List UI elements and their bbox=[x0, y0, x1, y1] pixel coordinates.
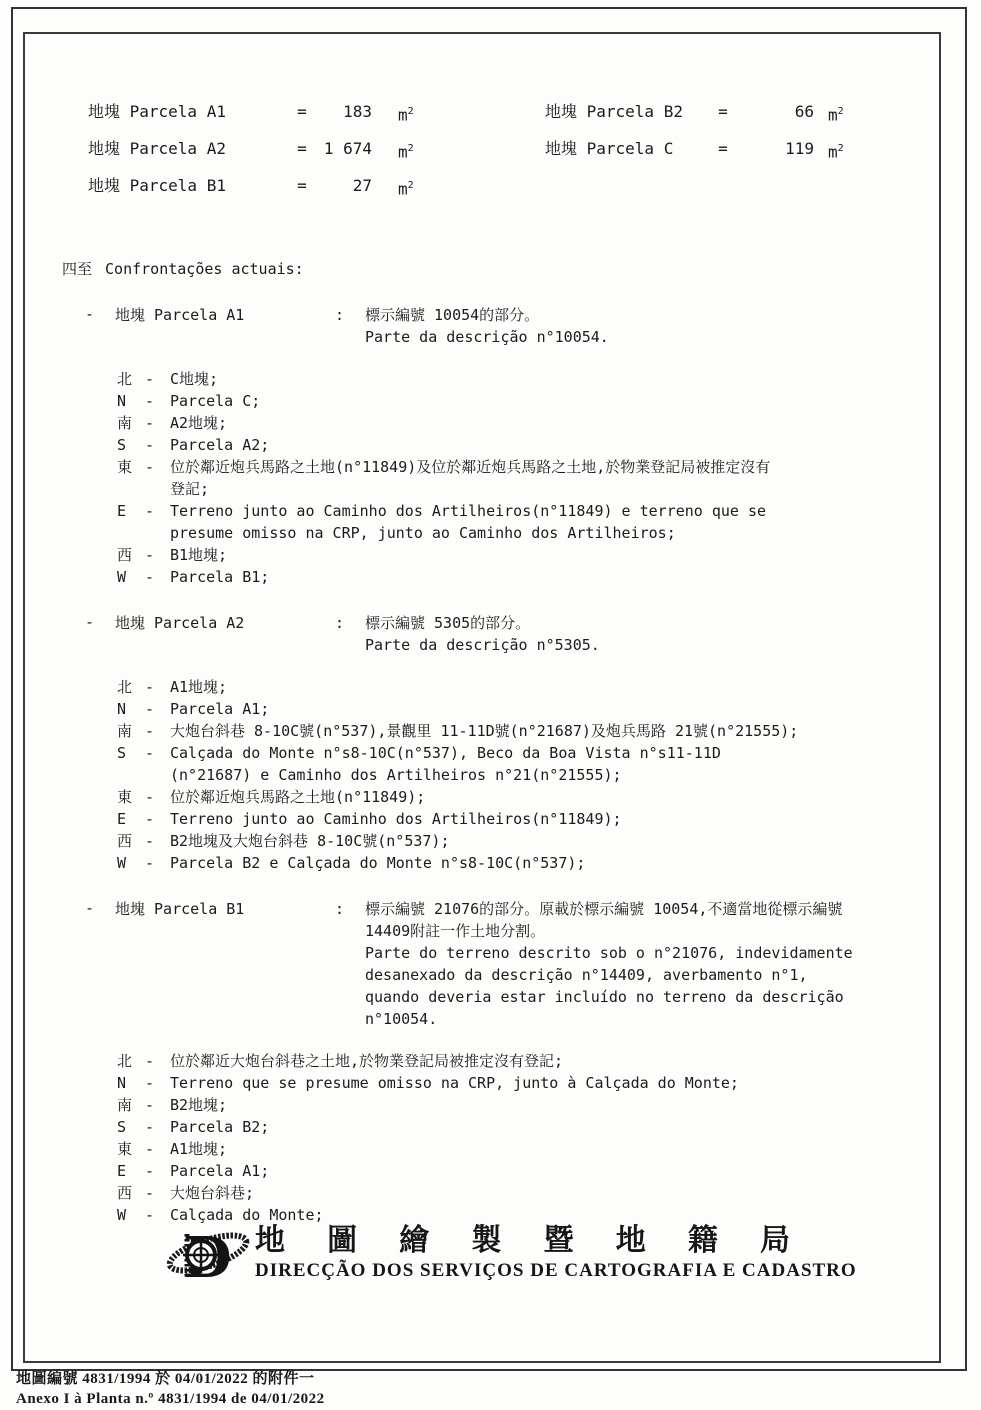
area-summary: 地塊 Parcela A1=183m2地塊 Parcela A2=1 674m2… bbox=[88, 100, 928, 211]
direction-label: S bbox=[117, 742, 145, 764]
direction-row: N-Terreno que se presume omisso na CRP, … bbox=[62, 1072, 928, 1094]
parcel-description: 標示編號 5305的部分。Parte da descrição n°5305. bbox=[365, 612, 928, 656]
direction-line: B2地塊及大炮台斜巷 8-10C號(n°537); bbox=[170, 830, 928, 852]
agency-zh-char: 繪 bbox=[399, 1224, 429, 1258]
area-value: 119 bbox=[741, 137, 814, 161]
direction-line: Terreno junto ao Caminho dos Artilheiros… bbox=[170, 808, 928, 830]
direction-row: N-Parcela C; bbox=[62, 390, 928, 412]
colon: : bbox=[335, 612, 365, 634]
dash: - bbox=[145, 566, 170, 588]
direction-row: 南-大炮台斜巷 8-10C號(n°537),景觀里 11-11D號(n°2168… bbox=[62, 720, 928, 742]
direction-row: W-Parcela B1; bbox=[62, 566, 928, 588]
area-unit-superscript: 2 bbox=[838, 143, 844, 154]
parcel-header: -地塊 Parcela A1:標示編號 10054的部分。Parte da de… bbox=[62, 304, 928, 348]
direction-text: 大炮台斜巷 8-10C號(n°537),景觀里 11-11D號(n°21687)… bbox=[170, 720, 928, 742]
direction-text: Parcela A1; bbox=[170, 1160, 928, 1182]
direction-label: 南 bbox=[117, 720, 145, 742]
direction-text: Parcela C; bbox=[170, 390, 928, 412]
direction-line: Parcela B2; bbox=[170, 1116, 928, 1138]
agency-zh-char: 局 bbox=[760, 1224, 790, 1258]
direction-line: Terreno que se presume omisso na CRP, ju… bbox=[170, 1072, 928, 1094]
agency-name-pt: DIRECÇÃO DOS SERVIÇOS DE CARTOGRAFIA E C… bbox=[255, 1260, 790, 1282]
direction-row: 北-位於鄰近大炮台斜巷之土地,於物業登記局被推定沒有登記; bbox=[62, 1050, 928, 1072]
direction-text: Parcela B2 e Calçada do Monte n°s8-10C(n… bbox=[170, 852, 928, 874]
parcel-block: -地塊 Parcela B1:標示編號 21076的部分。原載於標示編號 100… bbox=[62, 898, 928, 1226]
direction-row: 西-大炮台斜巷; bbox=[62, 1182, 928, 1204]
description-line: quando deveria estar incluído no terreno… bbox=[365, 986, 928, 1008]
dash: - bbox=[145, 544, 170, 566]
direction-line: Parcela B2 e Calçada do Monte n°s8-10C(n… bbox=[170, 852, 928, 874]
direction-label: 西 bbox=[117, 1182, 145, 1204]
direction-label: W bbox=[117, 852, 145, 874]
direction-label: N bbox=[117, 698, 145, 720]
direction-label: W bbox=[117, 566, 145, 588]
description-line: 14409附註一作土地分割。 bbox=[365, 920, 928, 942]
direction-list: 北-位於鄰近大炮台斜巷之土地,於物業登記局被推定沒有登記;N-Terreno q… bbox=[62, 1050, 928, 1226]
parcel-area-label: 地塊 Parcela A2 bbox=[88, 137, 284, 161]
direction-row: E-Terreno junto ao Caminho dos Artilheir… bbox=[62, 500, 928, 544]
direction-text: Calçada do Monte n°s8-10C(n°537), Beco d… bbox=[170, 742, 928, 786]
document-content: 地塊 Parcela A1=183m2地塊 Parcela A2=1 674m2… bbox=[62, 100, 928, 1226]
parcel-area-label: 地塊 Parcela C bbox=[545, 137, 705, 161]
direction-text: Parcela B1; bbox=[170, 566, 928, 588]
agency-name-zh: 地圖繪製暨地籍局 bbox=[255, 1224, 790, 1258]
direction-text: B2地塊; bbox=[170, 1094, 928, 1116]
area-unit-superscript: 2 bbox=[408, 106, 414, 117]
area-row: 地塊 Parcela A2=1 674m2 bbox=[88, 137, 545, 174]
description-line: n°10054. bbox=[365, 1008, 928, 1030]
direction-row: 東-位於鄰近炮兵馬路之土地(n°11849)及位於鄰近炮兵馬路之土地,於物業登記… bbox=[62, 456, 928, 500]
direction-text: C地塊; bbox=[170, 368, 928, 390]
parcel-name: 地塊 Parcela B1 bbox=[115, 898, 335, 920]
direction-line: Calçada do Monte; bbox=[170, 1204, 928, 1226]
area-value: 1 674 bbox=[320, 137, 372, 161]
direction-label: E bbox=[117, 1160, 145, 1182]
direction-label: 北 bbox=[117, 368, 145, 390]
equals-sign: = bbox=[705, 137, 741, 161]
direction-line: 大炮台斜巷; bbox=[170, 1182, 928, 1204]
dash: - bbox=[145, 1072, 170, 1094]
direction-line: Parcela A1; bbox=[170, 1160, 928, 1182]
direction-label: E bbox=[117, 500, 145, 522]
direction-line: Parcela A1; bbox=[170, 698, 928, 720]
parcel-block: -地塊 Parcela A2:標示編號 5305的部分。Parte da des… bbox=[62, 612, 928, 874]
footnote: 地圖編號 4831/1994 於 04/01/2022 的附件一Anexo I … bbox=[16, 1369, 325, 1409]
dash: - bbox=[145, 500, 170, 522]
direction-row: E-Parcela A1; bbox=[62, 1160, 928, 1182]
dash: - bbox=[145, 1138, 170, 1160]
dash: - bbox=[145, 368, 170, 390]
direction-label: S bbox=[117, 1116, 145, 1138]
dash: - bbox=[145, 742, 170, 764]
direction-text: A1地塊; bbox=[170, 1138, 928, 1160]
dash: - bbox=[145, 1160, 170, 1182]
equals-sign: = bbox=[284, 137, 320, 161]
dash: - bbox=[145, 412, 170, 434]
description-line: 標示編號 21076的部分。原載於標示編號 10054,不適當地從標示編號 bbox=[365, 898, 928, 920]
direction-label: W bbox=[117, 1204, 145, 1226]
direction-line: C地塊; bbox=[170, 368, 928, 390]
dash: - bbox=[145, 676, 170, 698]
document-page: 地塊 Parcela A1=183m2地塊 Parcela A2=1 674m2… bbox=[0, 0, 981, 1410]
direction-line: (n°21687) e Caminho dos Artilheiros n°21… bbox=[170, 764, 928, 786]
agency-zh-char: 製 bbox=[471, 1224, 501, 1258]
direction-text: Parcela A1; bbox=[170, 698, 928, 720]
area-row: 地塊 Parcela C=119m2 bbox=[545, 137, 844, 174]
direction-row: S-Parcela A2; bbox=[62, 434, 928, 456]
dash: - bbox=[145, 1050, 170, 1072]
areas-right: 地塊 Parcela B2=66m2地塊 Parcela C=119m2 bbox=[545, 100, 844, 211]
section-heading-title: Confrontações actuais: bbox=[105, 260, 304, 278]
equals-sign: = bbox=[284, 100, 320, 124]
direction-label: 北 bbox=[117, 676, 145, 698]
dscc-logo-icon: D bbox=[166, 1221, 252, 1287]
direction-line: B1地塊; bbox=[170, 544, 928, 566]
section-heading-zh: 四至 bbox=[62, 260, 92, 278]
equals-sign: = bbox=[284, 174, 320, 198]
agency-zh-char: 地 bbox=[255, 1224, 285, 1258]
direction-text: 位於鄰近大炮台斜巷之土地,於物業登記局被推定沒有登記; bbox=[170, 1050, 928, 1072]
direction-text: A2地塊; bbox=[170, 412, 928, 434]
description-line: desanexado da descrição n°14409, averbam… bbox=[365, 964, 928, 986]
agency-logo: D bbox=[166, 1221, 252, 1291]
direction-text: A1地塊; bbox=[170, 676, 928, 698]
direction-label: 西 bbox=[117, 544, 145, 566]
area-unit: m2 bbox=[398, 174, 414, 201]
dash: - bbox=[145, 434, 170, 456]
dash: - bbox=[145, 786, 170, 808]
area-unit: m2 bbox=[398, 100, 414, 127]
section-heading: 四至Confrontações actuais: bbox=[62, 258, 928, 280]
direction-text: Terreno junto ao Caminho dos Artilheiros… bbox=[170, 500, 928, 544]
direction-line: 位於鄰近炮兵馬路之土地(n°11849)及位於鄰近炮兵馬路之土地,於物業登記局被… bbox=[170, 456, 928, 478]
direction-text: Parcela A2; bbox=[170, 434, 928, 456]
colon: : bbox=[335, 304, 365, 326]
direction-row: S-Calçada do Monte n°s8-10C(n°537), Beco… bbox=[62, 742, 928, 786]
dash: - bbox=[145, 852, 170, 874]
area-value: 183 bbox=[320, 100, 372, 124]
direction-line: A2地塊; bbox=[170, 412, 928, 434]
area-row: 地塊 Parcela B1=27m2 bbox=[88, 174, 545, 211]
footnote-line: 地圖編號 4831/1994 於 04/01/2022 的附件一 bbox=[16, 1369, 325, 1389]
direction-text: 位於鄰近炮兵馬路之土地(n°11849)及位於鄰近炮兵馬路之土地,於物業登記局被… bbox=[170, 456, 928, 500]
description-line: Parte da descrição n°5305. bbox=[365, 634, 928, 656]
parcel-area-label: 地塊 Parcela B2 bbox=[545, 100, 705, 124]
direction-row: S-Parcela B2; bbox=[62, 1116, 928, 1138]
direction-label: E bbox=[117, 808, 145, 830]
description-line: 標示編號 10054的部分。 bbox=[365, 304, 928, 326]
area-row: 地塊 Parcela A1=183m2 bbox=[88, 100, 545, 137]
equals-sign: = bbox=[705, 100, 741, 124]
direction-line: A1地塊; bbox=[170, 676, 928, 698]
direction-text: 大炮台斜巷; bbox=[170, 1182, 928, 1204]
area-unit: m2 bbox=[828, 137, 844, 164]
direction-line: 大炮台斜巷 8-10C號(n°537),景觀里 11-11D號(n°21687)… bbox=[170, 720, 928, 742]
direction-label: N bbox=[117, 390, 145, 412]
direction-row: 北-A1地塊; bbox=[62, 676, 928, 698]
parcels: -地塊 Parcela A1:標示編號 10054的部分。Parte da de… bbox=[62, 304, 928, 1226]
direction-text: Parcela B2; bbox=[170, 1116, 928, 1138]
dash: - bbox=[145, 1182, 170, 1204]
direction-line: A1地塊; bbox=[170, 1138, 928, 1160]
direction-list: 北-A1地塊;N-Parcela A1;南-大炮台斜巷 8-10C號(n°537… bbox=[62, 676, 928, 874]
direction-line: Calçada do Monte n°s8-10C(n°537), Beco d… bbox=[170, 742, 928, 764]
direction-line: presume omisso na CRP, junto ao Caminho … bbox=[170, 522, 928, 544]
direction-label: 東 bbox=[117, 1138, 145, 1160]
bullet-dash: - bbox=[85, 898, 115, 918]
direction-text: B1地塊; bbox=[170, 544, 928, 566]
parcel-name: 地塊 Parcela A1 bbox=[115, 304, 335, 326]
direction-line: B2地塊; bbox=[170, 1094, 928, 1116]
area-value: 66 bbox=[741, 100, 814, 124]
direction-row: 東-位於鄰近炮兵馬路之土地(n°11849); bbox=[62, 786, 928, 808]
direction-row: 南-A2地塊; bbox=[62, 412, 928, 434]
direction-label: S bbox=[117, 434, 145, 456]
parcel-block: -地塊 Parcela A1:標示編號 10054的部分。Parte da de… bbox=[62, 304, 928, 588]
parcel-header: -地塊 Parcela B1:標示編號 21076的部分。原載於標示編號 100… bbox=[62, 898, 928, 1030]
dash: - bbox=[145, 390, 170, 412]
parcel-area-label: 地塊 Parcela B1 bbox=[88, 174, 284, 198]
description-line: Parte do terreno descrito sob o n°21076,… bbox=[365, 942, 928, 964]
direction-label: 北 bbox=[117, 1050, 145, 1072]
direction-row: W-Parcela B2 e Calçada do Monte n°s8-10C… bbox=[62, 852, 928, 874]
description-line: 標示編號 5305的部分。 bbox=[365, 612, 928, 634]
direction-row: 西-B1地塊; bbox=[62, 544, 928, 566]
footnote-line: Anexo I à Planta n.º 4831/1994 de 04/01/… bbox=[16, 1389, 325, 1409]
bullet-dash: - bbox=[85, 612, 115, 632]
area-unit-superscript: 2 bbox=[408, 180, 414, 191]
direction-text: Terreno que se presume omisso na CRP, ju… bbox=[170, 1072, 928, 1094]
area-unit: m2 bbox=[828, 100, 844, 127]
direction-text: 位於鄰近炮兵馬路之土地(n°11849); bbox=[170, 786, 928, 808]
direction-label: 南 bbox=[117, 1094, 145, 1116]
areas-left: 地塊 Parcela A1=183m2地塊 Parcela A2=1 674m2… bbox=[88, 100, 545, 211]
dash: - bbox=[145, 808, 170, 830]
direction-text: Calçada do Monte; bbox=[170, 1204, 928, 1226]
direction-label: 南 bbox=[117, 412, 145, 434]
direction-line: Parcela C; bbox=[170, 390, 928, 412]
direction-text: Terreno junto ao Caminho dos Artilheiros… bbox=[170, 808, 928, 830]
dash: - bbox=[145, 698, 170, 720]
agency-name: 地圖繪製暨地籍局 DIRECÇÃO DOS SERVIÇOS DE CARTOG… bbox=[255, 1224, 790, 1282]
direction-row: E-Terreno junto ao Caminho dos Artilheir… bbox=[62, 808, 928, 830]
direction-label: 東 bbox=[117, 456, 145, 478]
area-row: 地塊 Parcela B2=66m2 bbox=[545, 100, 844, 137]
agency-zh-char: 地 bbox=[616, 1224, 646, 1258]
agency-zh-char: 籍 bbox=[688, 1224, 718, 1258]
area-unit-superscript: 2 bbox=[838, 106, 844, 117]
parcel-description: 標示編號 21076的部分。原載於標示編號 10054,不適當地從標示編號144… bbox=[365, 898, 928, 1030]
direction-line: 位於鄰近大炮台斜巷之土地,於物業登記局被推定沒有登記; bbox=[170, 1050, 928, 1072]
direction-line: Terreno junto ao Caminho dos Artilheiros… bbox=[170, 500, 928, 522]
area-unit-superscript: 2 bbox=[408, 143, 414, 154]
direction-row: 南-B2地塊; bbox=[62, 1094, 928, 1116]
parcel-description: 標示編號 10054的部分。Parte da descrição n°10054… bbox=[365, 304, 928, 348]
colon: : bbox=[335, 898, 365, 920]
dash: - bbox=[145, 830, 170, 852]
bullet-dash: - bbox=[85, 304, 115, 324]
direction-row: 北-C地塊; bbox=[62, 368, 928, 390]
direction-line: Parcela B1; bbox=[170, 566, 928, 588]
direction-row: 西-B2地塊及大炮台斜巷 8-10C號(n°537); bbox=[62, 830, 928, 852]
dash: - bbox=[145, 1094, 170, 1116]
description-line: Parte da descrição n°10054. bbox=[365, 326, 928, 348]
direction-list: 北-C地塊;N-Parcela C;南-A2地塊;S-Parcela A2;東-… bbox=[62, 368, 928, 588]
parcel-name: 地塊 Parcela A2 bbox=[115, 612, 335, 634]
direction-label: 東 bbox=[117, 786, 145, 808]
direction-row: 東-A1地塊; bbox=[62, 1138, 928, 1160]
dash: - bbox=[145, 720, 170, 742]
direction-line: 登記; bbox=[170, 478, 928, 500]
direction-label: 西 bbox=[117, 830, 145, 852]
area-value: 27 bbox=[320, 174, 372, 198]
area-unit: m2 bbox=[398, 137, 414, 164]
parcel-area-label: 地塊 Parcela A1 bbox=[88, 100, 284, 124]
direction-label: N bbox=[117, 1072, 145, 1094]
dash: - bbox=[145, 456, 170, 478]
direction-row: N-Parcela A1; bbox=[62, 698, 928, 720]
direction-line: Parcela A2; bbox=[170, 434, 928, 456]
direction-text: B2地塊及大炮台斜巷 8-10C號(n°537); bbox=[170, 830, 928, 852]
parcel-header: -地塊 Parcela A2:標示編號 5305的部分。Parte da des… bbox=[62, 612, 928, 656]
dash: - bbox=[145, 1116, 170, 1138]
agency-zh-char: 圖 bbox=[327, 1224, 357, 1258]
agency-zh-char: 暨 bbox=[544, 1224, 574, 1258]
direction-line: 位於鄰近炮兵馬路之土地(n°11849); bbox=[170, 786, 928, 808]
